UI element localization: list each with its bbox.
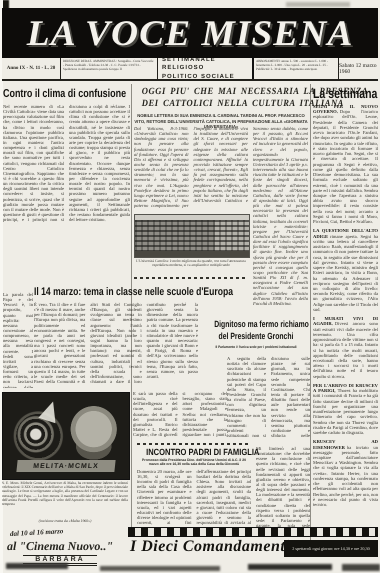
photo-malta-poster: MELITA·MCMLX <box>2 392 130 480</box>
headline-clima-confusione: Contro il clima di confusione <box>3 88 126 100</box>
masthead: LA VOCE MISENA <box>2 8 378 58</box>
photo-caption: S. E. Mons. Michele Gonzi, Arcivescovo d… <box>2 481 128 519</box>
headline-line2: del Presidente Gronchi <box>214 330 298 342</box>
subtitle-line2: POLITICO SOCIALE <box>162 73 235 79</box>
subhead-incontro: Promosso dalla Presidenza Dioc. dell'Uni… <box>141 458 247 467</box>
headline-line1: Dignitoso ma fermo richiamo <box>214 318 298 330</box>
headline-line1: OGGI PIU' CHE MAI NECESSARIA LA PRESENZA <box>142 86 300 98</box>
article-body-continuation: E sarà un passo della scuola, cioè dell'… <box>133 391 227 441</box>
week-item: PER L'ARRIVO DI KRUSCEV A PARIGI,Thorez … <box>313 383 378 435</box>
film-strip-border <box>128 527 378 537</box>
week-item-text: Dopo l'incarico esplorativo dell'On. Leo… <box>313 109 378 224</box>
week-item-text: ha inviato un messaggio personale, fatto… <box>313 445 378 508</box>
scan-artifact <box>6 563 68 569</box>
article-incontro-padri: INCONTRO PADRI DI FAMIGLIA Promosso dall… <box>137 443 251 529</box>
article-body-continuation: La parola del Papa e dei Vescovi è, in p… <box>3 292 33 388</box>
week-item-text: Thorez ha mobilitato tutti i comunisti d… <box>313 388 378 435</box>
article-body: Nel recente numero di «La Civiltà Cattol… <box>3 104 130 281</box>
poster-inscription: MELITA·MCMLX <box>16 460 115 472</box>
week-item: KRUSCEV AD EISENHOWERha inviato un messa… <box>313 439 378 507</box>
headline-line2: DEI CATTOLICI NELLA CULTURA ITALIANA <box>142 98 300 110</box>
photo-universita-cattolica <box>134 214 250 258</box>
week-column: SEGNI PER IL NUOVO GOVERNO.Dopo l'incari… <box>313 104 378 524</box>
issue-info: Anno IX - N. 11 - L. 20 <box>2 58 60 79</box>
scan-artifact <box>248 564 332 570</box>
headline-gronchi: Dignitoso ma fermo richiamo del Presiden… <box>201 318 311 342</box>
scan-artifact <box>100 566 220 571</box>
masthead-infobar: Anno IX - N. 11 - L. 20 DIREZIONE REDAZ.… <box>2 58 378 81</box>
article-body: Dal Vaticano, 8-3-1960. «Università Catt… <box>134 126 248 212</box>
column-rule <box>310 84 311 540</box>
article-body: Domenica 20 marzo, alle ore 16,30, si sv… <box>137 469 251 529</box>
week-item-text: Diversi ancora sono stati estratti vivi … <box>313 321 378 378</box>
article-body: A seguito della notizia del clamore susc… <box>227 356 310 442</box>
article-body: Saranno senza dubbio, come per il passat… <box>253 126 308 316</box>
headline-14-marzo: Il 14 marzo: tema in classe nelle scuole… <box>34 286 233 298</box>
ad-film-title: I Dieci Comandamenti <box>130 538 290 556</box>
article-body: È vero. Tra il dire e il fare c'è di mez… <box>34 302 198 388</box>
newspaper-page: LA VOCE MISENA Anno IX - N. 11 - L. 20 D… <box>0 0 380 573</box>
separator <box>134 277 248 279</box>
showtimes-badge: 2 spettacoli ogni giorno: ore 14,30 e or… <box>284 540 378 557</box>
issue-date: Sabato 12 marzo 1960 <box>339 58 378 79</box>
headline-la-settimana: La settimana <box>313 86 377 101</box>
ad-venue: al "Cinema Nuovo.." <box>4 539 116 554</box>
admin-info: DIREZIONE REDAZ. AMMINISTRAZ.: Senigalli… <box>60 58 158 79</box>
subtitle-line1: SETTIMANALE RELIGIOSO <box>162 58 252 73</box>
ad-dieci-comandamenti: I Dieci Comandamenti 2 spettacoli ogni g… <box>128 527 378 563</box>
week-item: SEGNI PER IL NUOVO GOVERNO.Dopo l'incari… <box>313 104 378 224</box>
subhead-parlamento: Il Parlamento è l'unica sede per i probl… <box>207 345 306 349</box>
scan-artifact <box>342 564 380 571</box>
separator <box>137 443 251 445</box>
week-item: I MURATI VIVI DI AGADIR.Diversi ancora s… <box>313 316 378 379</box>
scan-artifact <box>286 2 350 7</box>
photo-caption-note: (incisione tratta da «Malta 1960») <box>2 519 128 523</box>
week-item-text: rimane aperta. Segni ha scritto una lett… <box>313 234 378 312</box>
headline-cattolici-cultura: OGGI PIU' CHE MAI NECESSARIA LA PRESENZA… <box>133 86 309 111</box>
photo-caption: L'Università Cattolica: è molto migliora… <box>134 259 248 274</box>
paper-subtitle: SETTIMANALE RELIGIOSO POLITICO SOCIALE <box>158 58 254 79</box>
headline-incontro-padri: INCONTRO PADRI DI FAMIGLIA <box>146 447 242 457</box>
article-body-continuation: Mi limiterò ad una constatazione: che do… <box>256 446 310 530</box>
week-item: LA QUESTIONE DELL'ALTO ADIGErimane apert… <box>313 228 378 312</box>
masthead-title: LA VOCE MISENA <box>27 12 354 54</box>
ad-dates: dal 10 al 16 marzo <box>10 524 116 538</box>
subscription-info: ABBONAMENTI: annuo L. 500 - sostenitore … <box>254 58 339 79</box>
